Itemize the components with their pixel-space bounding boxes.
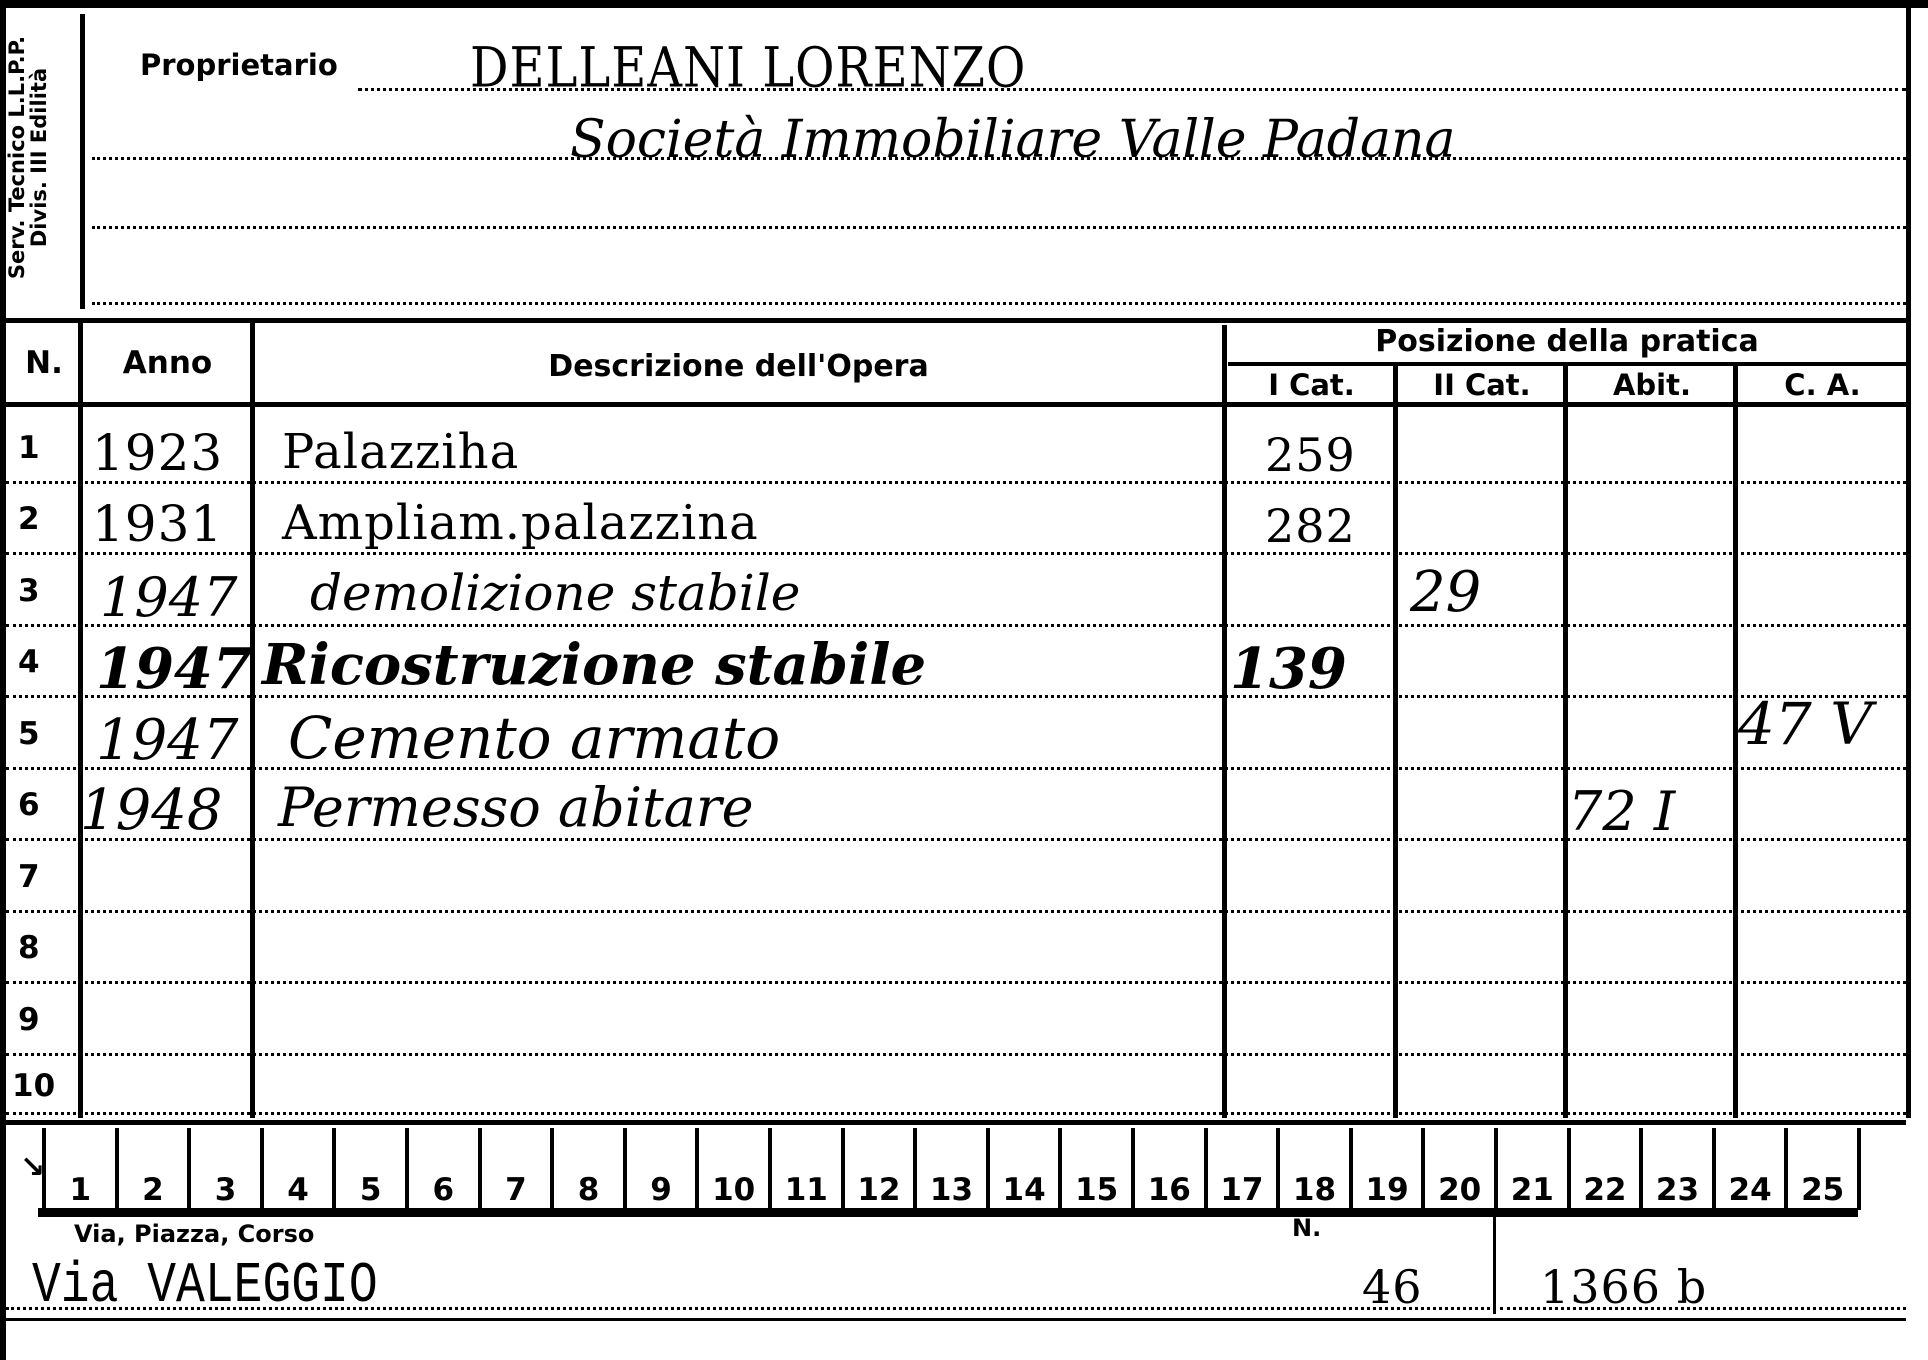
strip-number: 11	[772, 1148, 841, 1212]
strip-number: 4	[264, 1148, 333, 1212]
row-number: 4	[18, 644, 68, 680]
strip-number: 14	[990, 1148, 1059, 1212]
owner-label: Proprietario	[140, 48, 338, 82]
col-header-description: Descrizione dell'Opera	[256, 349, 1221, 384]
owner-line-4	[92, 302, 1906, 305]
row-rule	[6, 481, 1906, 484]
row-rule	[6, 552, 1906, 555]
row-cat2: 29	[1410, 560, 1481, 625]
row-number: 10	[12, 1068, 62, 1104]
strip-number: 7	[482, 1148, 551, 1212]
owner-line-3	[92, 226, 1906, 229]
row-rule	[6, 981, 1906, 984]
strip-number: 25	[1788, 1148, 1857, 1212]
strip-number: 1	[46, 1148, 115, 1212]
strip-divider	[1857, 1128, 1861, 1210]
strip-number: 19	[1353, 1148, 1422, 1212]
strip-number: 13	[917, 1148, 986, 1212]
row-description: Ricostruzione stabile	[262, 632, 926, 698]
strip-number: 6	[409, 1148, 478, 1212]
card-top-border	[0, 0, 1928, 8]
owner-company: Società Immobiliare Valle Padana	[570, 110, 1455, 170]
card-right-border	[1906, 8, 1911, 1118]
house-number-label: N.	[1292, 1214, 1321, 1242]
strip-number: 5	[336, 1148, 405, 1212]
street-label: Via, Piazza, Corso	[74, 1220, 314, 1248]
street-underline	[6, 1307, 1496, 1310]
divider-cat2-abit	[1563, 366, 1568, 1118]
divider-description-position	[1222, 325, 1227, 1118]
col-header-abit: Abit.	[1569, 368, 1735, 402]
owner-line-1	[358, 88, 1906, 91]
row-number: 6	[18, 787, 68, 823]
col-header-ca: C. A.	[1739, 368, 1906, 402]
strip-number: 22	[1571, 1148, 1640, 1212]
house-number-value: 46	[1362, 1260, 1423, 1314]
row-number: 2	[18, 501, 68, 537]
strip-number: 20	[1425, 1148, 1494, 1212]
row-number: 3	[18, 573, 68, 609]
row-year: 1947	[100, 566, 237, 629]
footer-divider	[1493, 1212, 1496, 1314]
row-description: Permesso abitare	[278, 776, 754, 839]
row-ca: 47 V	[1738, 690, 1872, 758]
strip-number: 18	[1280, 1148, 1349, 1212]
row-year: 1923	[92, 424, 223, 482]
table-header-bottom-rule	[6, 402, 1906, 407]
row-cat1: 282	[1265, 499, 1356, 553]
divider-cat1-cat2	[1393, 366, 1398, 1118]
row-cat1: 259	[1265, 428, 1356, 482]
owner-line-2	[92, 157, 1906, 160]
col-header-year: Anno	[85, 345, 250, 381]
strip-number: 23	[1643, 1148, 1712, 1212]
sidebar-divider	[80, 14, 85, 309]
office-line-1: Serv. Tecnico L.L.P.P.	[6, 10, 28, 305]
row-description: Ampliam.palazzina	[282, 495, 759, 551]
strip-number: 12	[845, 1148, 914, 1212]
footer-bottom-rule	[6, 1318, 1906, 1321]
row-number: 5	[18, 716, 68, 752]
row-year: 1947	[96, 636, 252, 702]
strip-bottom-rule	[38, 1208, 1858, 1217]
row-rule	[6, 1112, 1906, 1115]
file-code-underline	[1500, 1307, 1906, 1310]
office-stamp: Serv. Tecnico L.L.P.P. Divis. III Edilit…	[6, 10, 50, 305]
office-line-2: Divis. III Edilità	[28, 10, 50, 305]
row-number: 7	[18, 859, 68, 895]
strip-number: 24	[1716, 1148, 1785, 1212]
row-description: Cemento armato	[288, 704, 780, 772]
strip-number: 2	[119, 1148, 188, 1212]
strip-number: 10	[699, 1148, 768, 1212]
row-number: 1	[18, 430, 68, 466]
strip-number: 16	[1135, 1148, 1204, 1212]
strip-number: 17	[1208, 1148, 1277, 1212]
row-rule	[6, 910, 1906, 913]
row-year: 1947	[96, 708, 239, 773]
table-top-rule	[6, 318, 1906, 323]
strip-number: 21	[1498, 1148, 1567, 1212]
row-number: 9	[18, 1002, 68, 1038]
row-year: 1948	[80, 778, 223, 843]
row-number: 8	[18, 930, 68, 966]
row-rule	[6, 624, 1906, 627]
col-header-position-group: Posizione della pratica	[1228, 324, 1906, 359]
file-code: 1366 b	[1540, 1260, 1707, 1314]
row-cat1: 139	[1230, 636, 1347, 702]
col-header-cat1: I Cat.	[1228, 368, 1395, 402]
row-description: demolizione stabile	[310, 564, 800, 622]
strip-number: 8	[554, 1148, 623, 1212]
strip-number: 15	[1062, 1148, 1131, 1212]
row-year: 1931	[92, 495, 223, 553]
col-header-cat2: II Cat.	[1399, 368, 1565, 402]
strip-top-rule	[6, 1120, 1906, 1125]
strip-number: 9	[627, 1148, 696, 1212]
row-abit: 72 I	[1568, 780, 1675, 843]
row-rule	[6, 1053, 1906, 1056]
divider-number-year	[78, 318, 83, 1118]
row-description: Palazziha	[282, 424, 519, 480]
divider-year-description	[250, 318, 255, 1118]
col-header-number: N.	[10, 345, 78, 381]
strip-number: 3	[191, 1148, 260, 1212]
